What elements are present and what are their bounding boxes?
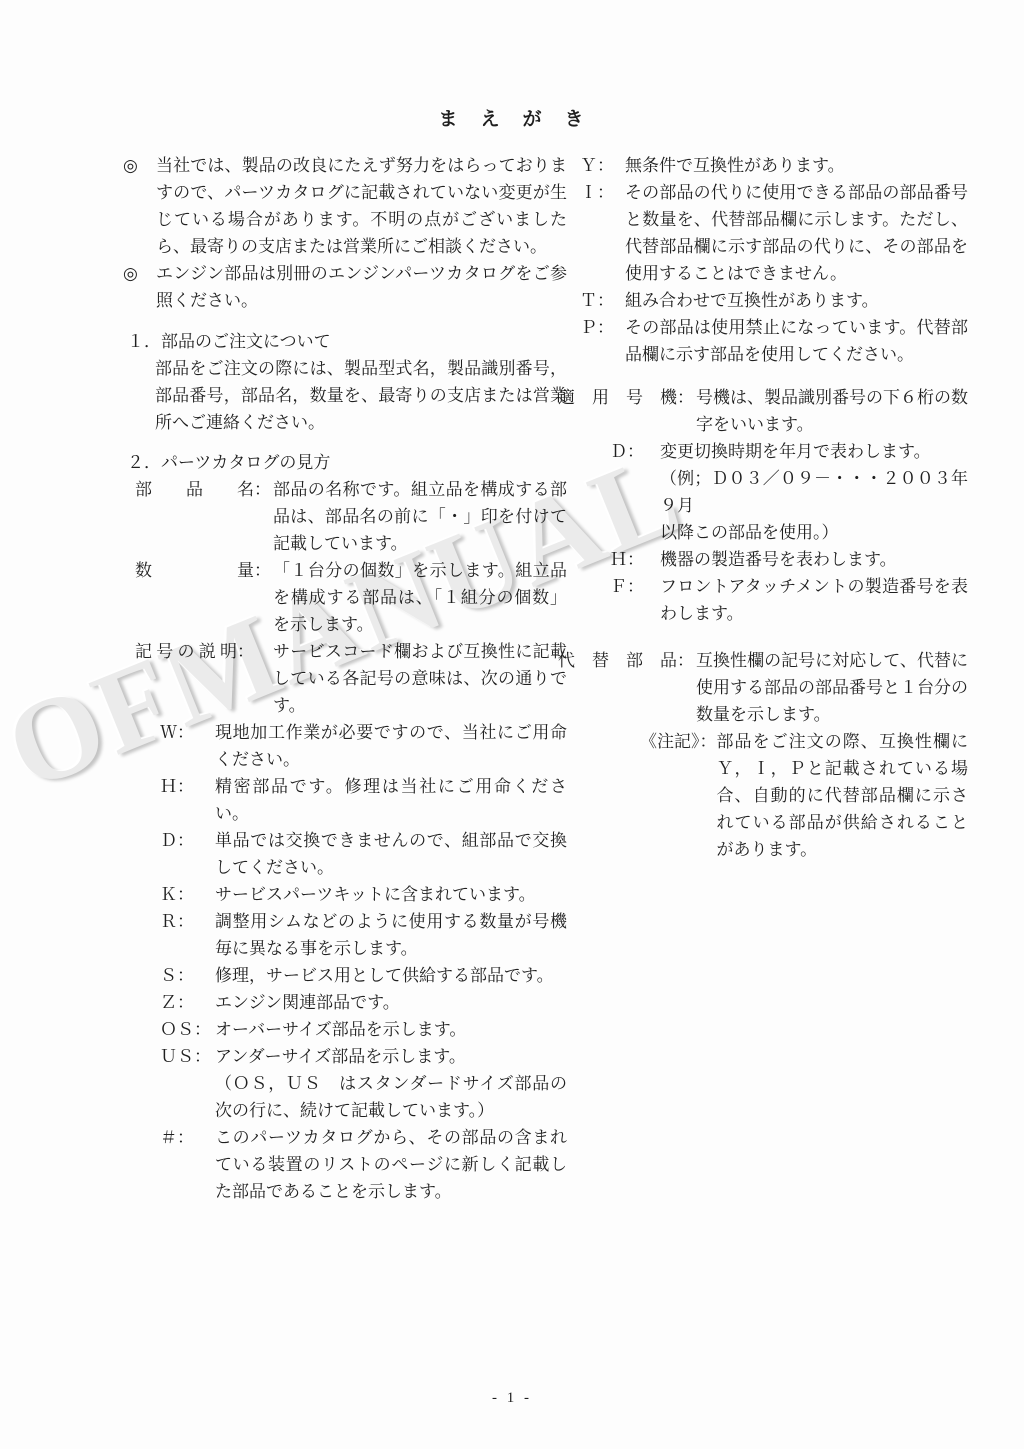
code-label: Ｄ： [160,827,215,881]
serial-code-row: Ｆ： フロントアタッチメントの製造番号を表わします。 [610,573,968,627]
definition-label: 記 号 の 説 明： [135,638,273,719]
definition-label: 部 品 名： [135,476,273,557]
definition-row: 部 品 名： 部品の名称です。組立品を構成する部品は、部品名の前に「・」印を付け… [135,476,567,557]
code-label: Ｗ： [160,719,215,773]
compat-code-row: Ｔ： 組み合わせで互換性があります。 [580,287,968,314]
code-text: 精密部品です。修理は当社にご用命ください。 [215,773,567,827]
code-text: その部品の代りに使用できる部品の部品番号と数量を、代替部品欄に示します。ただし、… [625,179,968,287]
code-text: 現地加工作業が必要ですので、当社にご用命ください。 [215,719,567,773]
serial-code-row: Ｄ： 変更切換時期を年月で表わします。 （例；Ｄ０３／０９－・・・２００３年９月… [610,438,968,546]
code-label: Ｋ： [160,881,215,908]
code-label: ＵＳ： [160,1043,215,1070]
section-heading-order: １．部品のご注文について [127,328,567,355]
serial-text: 号機は、製品識別番号の下６桁の数字をいいます。 [696,384,968,438]
code-text: アンダーサイズ部品を示します。 [215,1043,567,1070]
alternate-parts-section: 代 替 部 品： 互換性欄の記号に対応して、代替に使用する部品の部品番号と１台分… [558,647,968,863]
code-text: 調整用シムなどのように使用する数量が号機毎に異なる事を示します。 [215,908,567,962]
note-label: 《注記》： [640,728,717,863]
code-text: 機器の製造番号を表わします。 [660,546,968,573]
section-heading-howto: ２．パーツカタログの見方 [127,449,567,476]
code-label: Ｈ： [610,546,660,573]
code-label: Ｐ： [580,314,625,368]
service-code-row: ＯＳ： オーバーサイズ部品を示します。 [160,1016,567,1043]
serial-code-row: Ｈ： 機器の製造番号を表わします。 [610,546,968,573]
compat-code-row: Ｐ： その部品は使用禁止になっています。代替部品欄に示す部品を使用してください。 [580,314,968,368]
service-code-row: ＃： このパーツカタログから、その部品の含まれている装置のリストのページに新しく… [160,1124,567,1205]
right-column: Ｙ： 無条件で互換性があります。 Ｉ： その部品の代りに使用できる部品の部品番号… [558,152,968,863]
code-text: 組み合わせで互換性があります。 [625,287,968,314]
code-label: Ｉ： [580,179,625,287]
code-text: 単品では交換できませんので、組部品で交換してください。 [215,827,567,881]
code-text: 変更切換時期を年月で表わします。 （例；Ｄ０３／０９－・・・２００３年９月 以降… [660,438,968,546]
code-label: ＯＳ： [160,1016,215,1043]
definition-row: 数 量： 「１台分の個数」を示します。組立品を構成する部品は、「１組分の個数」を… [135,557,567,638]
notice-row: ◎ エンジン部品は別冊のエンジンパーツカタログをご参照ください。 [123,260,567,314]
code-label: Ｚ： [160,989,215,1016]
serial-section: 適 用 号 機： 号機は、製品識別番号の下６桁の数字をいいます。 Ｄ： 変更切換… [558,384,968,627]
code-text: サービスパーツキットに含まれています。 [215,881,567,908]
example-note-line: 以降この部品を使用。） [660,519,968,546]
code-text: エンジン関連部品です。 [215,989,567,1016]
service-code-row: Ｚ： エンジン関連部品です。 [160,989,567,1016]
definition-text: サービスコード欄および互換性に記載している各記号の意味は、次の通りです。 [273,638,567,719]
notice-text: 当社では、製品の改良にたえず努力をはらっておりますので、パーツカタログに記載され… [156,152,567,260]
example-note-line: （例；Ｄ０３／０９－・・・２００３年９月 [660,465,968,519]
compat-code-row: Ｉ： その部品の代りに使用できる部品の部品番号と数量を、代替部品欄に示します。た… [580,179,968,287]
service-code-row: Ｄ： 単品では交換できませんので、組部品で交換してください。 [160,827,567,881]
alt-label: 代 替 部 品： [558,647,696,728]
left-column: ◎ 当社では、製品の改良にたえず努力をはらっておりますので、パーツカタログに記載… [123,152,567,1205]
code-label: Ｄ： [610,438,660,546]
code-text: 無条件で互換性があります。 [625,152,968,179]
notice-text: エンジン部品は別冊のエンジンパーツカタログをご参照ください。 [156,260,567,314]
code-label: Ｔ： [580,287,625,314]
code-label: Ｒ： [160,908,215,962]
double-circle-bullet-icon: ◎ [123,152,156,260]
code-label: Ｙ： [580,152,625,179]
service-code-row: Ｒ： 調整用シムなどのように使用する数量が号機毎に異なる事を示します。 [160,908,567,962]
serial-label-row: 適 用 号 機： 号機は、製品識別番号の下６桁の数字をいいます。 [558,384,968,438]
note-row: 《注記》： 部品をご注文の際、互換性欄に Ｙ，Ｉ，Ｐと記載されている場合、自動的… [640,728,968,863]
code-text: このパーツカタログから、その部品の含まれている装置のリストのページに新しく記載し… [215,1124,567,1205]
serial-label: 適 用 号 機： [558,384,696,438]
code-text: フロントアタッチメントの製造番号を表わします。 [660,573,968,627]
section-body-order: 部品をご注文の際には、製品型式名，製品識別番号，部品番号，部品名，数量を、最寄り… [155,355,567,436]
compat-code-row: Ｙ： 無条件で互換性があります。 [580,152,968,179]
service-code-row: Ｓ： 修理，サービス用として供給する部品です。 [160,962,567,989]
service-code-row: Ｋ： サービスパーツキットに含まれています。 [160,881,567,908]
code-label: Ｓ： [160,962,215,989]
note-text: 部品をご注文の際、互換性欄に Ｙ，Ｉ，Ｐと記載されている場合、自動的に代替部品欄… [717,728,969,863]
alt-label-row: 代 替 部 品： 互換性欄の記号に対応して、代替に使用する部品の部品番号と１台分… [558,647,968,728]
code-text: オーバーサイズ部品を示します。 [215,1016,567,1043]
service-code-row: ＵＳ： アンダーサイズ部品を示します。 [160,1043,567,1070]
document-page: OFMANUAL ま え が き ◎ 当社では、製品の改良にたえず努力をはらって… [0,0,1024,1449]
notice-row: ◎ 当社では、製品の改良にたえず努力をはらっておりますので、パーツカタログに記載… [123,152,567,260]
code-label: Ｈ： [160,773,215,827]
code-label: Ｆ： [610,573,660,627]
definition-text: 部品の名称です。組立品を構成する部品は、部品名の前に「・」印を付けて記載していま… [273,476,567,557]
definition-text: 「１台分の個数」を示します。組立品を構成する部品は、「１組分の個数」を示します。 [273,557,567,638]
os-us-note: （ＯＳ，ＵＳ はスタンダードサイズ部品の次の行に、続けて記載しています。） [215,1070,567,1124]
code-text: 修理，サービス用として供給する部品です。 [215,962,567,989]
double-circle-bullet-icon: ◎ [123,260,156,314]
alt-text: 互換性欄の記号に対応して、代替に使用する部品の部品番号と１台分の数量を示します。 [696,647,968,728]
definition-row: 記 号 の 説 明： サービスコード欄および互換性に記載している各記号の意味は、… [135,638,567,719]
code-text-line: 変更切換時期を年月で表わします。 [660,442,931,461]
code-label: ＃： [160,1124,215,1205]
code-text: その部品は使用禁止になっています。代替部品欄に示す部品を使用してください。 [625,314,968,368]
service-code-row: Ｈ： 精密部品です。修理は当社にご用命ください。 [160,773,567,827]
service-code-row: Ｗ： 現地加工作業が必要ですので、当社にご用命ください。 [160,719,567,773]
definition-label: 数 量： [135,557,273,638]
page-number: - 1 - [0,1390,1024,1407]
page-title: ま え が き [0,104,1024,131]
